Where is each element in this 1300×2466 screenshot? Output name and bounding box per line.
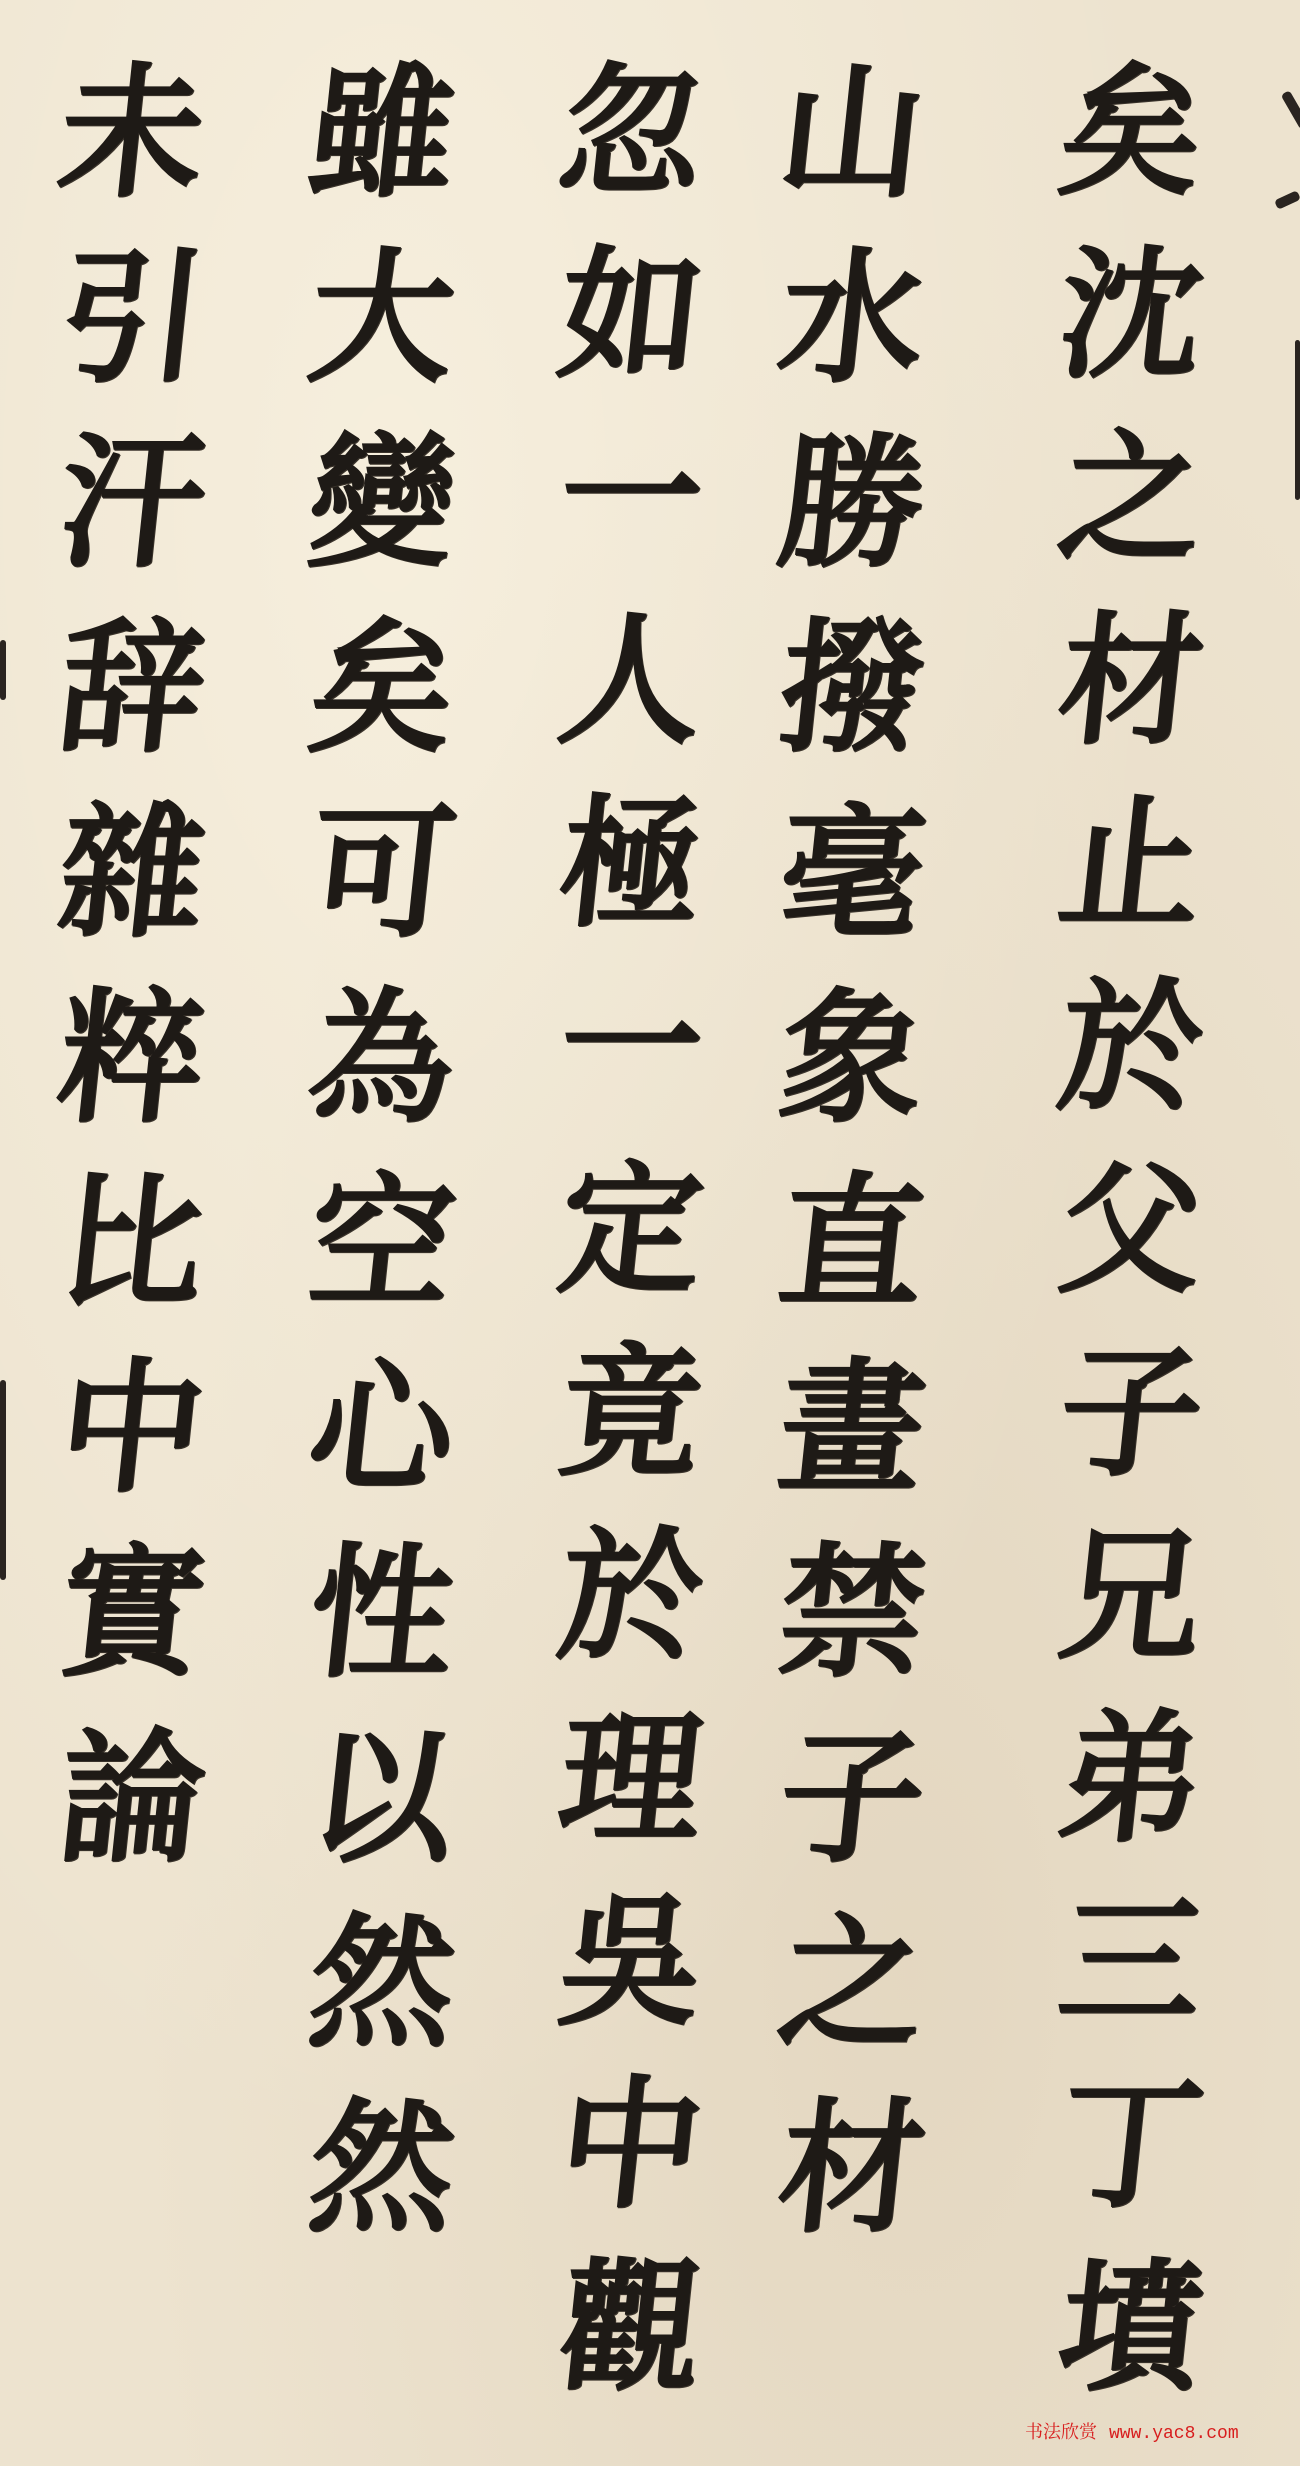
column-text: 未引汗辞雜粹比中實論 <box>60 40 204 1890</box>
calligraphy-character: 心 <box>300 1335 463 1520</box>
calligraphy-character: 吳 <box>550 1870 711 2053</box>
calligraphy-character: 汗 <box>50 410 213 595</box>
previous-column-stroke <box>1274 190 1300 210</box>
calligraphy-character: 為 <box>300 965 463 1150</box>
calligraphy-character: 未 <box>50 40 213 225</box>
calligraphy-character: 撥 <box>770 595 933 780</box>
left-edge-stroke <box>0 640 6 700</box>
calligraphy-character: 丁 <box>1050 2053 1211 2236</box>
calligraphy-character: 之 <box>1050 406 1211 589</box>
calligraphy-character: 子 <box>1050 1321 1211 1504</box>
previous-column-stroke <box>1295 340 1300 500</box>
column-text: 雖大變矣可為空心性以然然 <box>310 40 454 2260</box>
calligraphy-character: 以 <box>300 1705 463 1890</box>
calligraphy-character: 觀 <box>550 2236 711 2419</box>
calligraphy-character: 弟 <box>1050 1687 1211 1870</box>
calligraphy-character: 忽 <box>550 40 711 223</box>
calligraphy-character: 大 <box>300 225 463 410</box>
calligraphy-character: 人 <box>550 589 711 772</box>
calligraphy-character: 子 <box>770 1705 933 1890</box>
calligraphy-column-2: 山水勝撥毫象直畫禁子之材 <box>780 40 924 2260</box>
calligraphy-character: 然 <box>300 1890 463 2075</box>
calligraphy-character: 山 <box>770 40 933 225</box>
calligraphy-character: 一 <box>550 406 711 589</box>
calligraphy-character: 直 <box>770 1150 933 1335</box>
calligraphy-character: 三 <box>1050 1870 1211 2053</box>
calligraphy-character: 極 <box>550 772 711 955</box>
calligraphy-character: 中 <box>50 1335 213 1520</box>
calligraphy-character: 墳 <box>1050 2236 1211 2419</box>
calligraphy-column-3: 忽如一人極一定竟於理吳中觀 <box>560 40 702 2419</box>
calligraphy-character: 竟 <box>550 1321 711 1504</box>
calligraphy-character: 雜 <box>50 780 213 965</box>
watermark-url: www.yac8.com <box>1109 2424 1239 2444</box>
calligraphy-character: 可 <box>300 780 463 965</box>
column-text: 矣沈之材止於父子兄弟三丁墳 <box>1060 40 1202 2419</box>
calligraphy-character: 象 <box>770 965 933 1150</box>
previous-column-stroke <box>1281 90 1300 130</box>
calligraphy-character: 之 <box>770 1890 933 2075</box>
watermark-site-name: 书法欣赏 <box>1025 2422 1097 2443</box>
calligraphy-character: 兄 <box>1050 1504 1211 1687</box>
calligraphy-character: 畫 <box>770 1335 933 1520</box>
calligraphy-column-4: 雖大變矣可為空心性以然然 <box>310 40 454 2260</box>
column-text: 山水勝撥毫象直畫禁子之材 <box>780 40 924 2260</box>
left-edge-stroke <box>0 1380 6 1580</box>
calligraphy-character: 雖 <box>300 40 463 225</box>
calligraphy-character: 禁 <box>770 1520 933 1705</box>
calligraphy-character: 粹 <box>50 965 213 1150</box>
calligraphy-character: 如 <box>550 223 711 406</box>
calligraphy-character: 矣 <box>1050 40 1211 223</box>
calligraphy-character: 一 <box>550 955 711 1138</box>
watermark: 书法欣赏www.yac8.com <box>1025 2418 1239 2444</box>
calligraphy-character: 引 <box>50 225 213 410</box>
calligraphy-character: 性 <box>300 1520 463 1705</box>
column-text: 忽如一人極一定竟於理吳中觀 <box>560 40 702 2419</box>
calligraphy-character: 父 <box>1050 1138 1211 1321</box>
calligraphy-scroll: 矣沈之材止於父子兄弟三丁墳 山水勝撥毫象直畫禁子之材 忽如一人極一定竟於理吳中觀… <box>0 0 1300 2466</box>
calligraphy-character: 於 <box>1050 955 1211 1138</box>
calligraphy-character: 理 <box>550 1687 711 1870</box>
calligraphy-character: 空 <box>300 1150 463 1335</box>
calligraphy-character: 辞 <box>50 595 213 780</box>
calligraphy-column-1: 矣沈之材止於父子兄弟三丁墳 <box>1060 40 1202 2419</box>
calligraphy-character: 定 <box>550 1138 711 1321</box>
calligraphy-column-5: 未引汗辞雜粹比中實論 <box>60 40 204 1890</box>
calligraphy-character: 實 <box>50 1520 213 1705</box>
calligraphy-character: 止 <box>1050 772 1211 955</box>
calligraphy-character: 勝 <box>770 410 933 595</box>
calligraphy-character: 中 <box>550 2053 711 2236</box>
calligraphy-character: 比 <box>50 1150 213 1335</box>
calligraphy-character: 水 <box>770 225 933 410</box>
calligraphy-character: 沈 <box>1050 223 1211 406</box>
calligraphy-character: 矣 <box>300 595 463 780</box>
calligraphy-character: 論 <box>50 1705 213 1890</box>
calligraphy-character: 材 <box>770 2075 933 2260</box>
calligraphy-character: 然 <box>300 2075 463 2260</box>
calligraphy-character: 於 <box>550 1504 711 1687</box>
calligraphy-character: 毫 <box>770 780 933 965</box>
calligraphy-character: 材 <box>1050 589 1211 772</box>
calligraphy-character: 變 <box>300 410 463 595</box>
